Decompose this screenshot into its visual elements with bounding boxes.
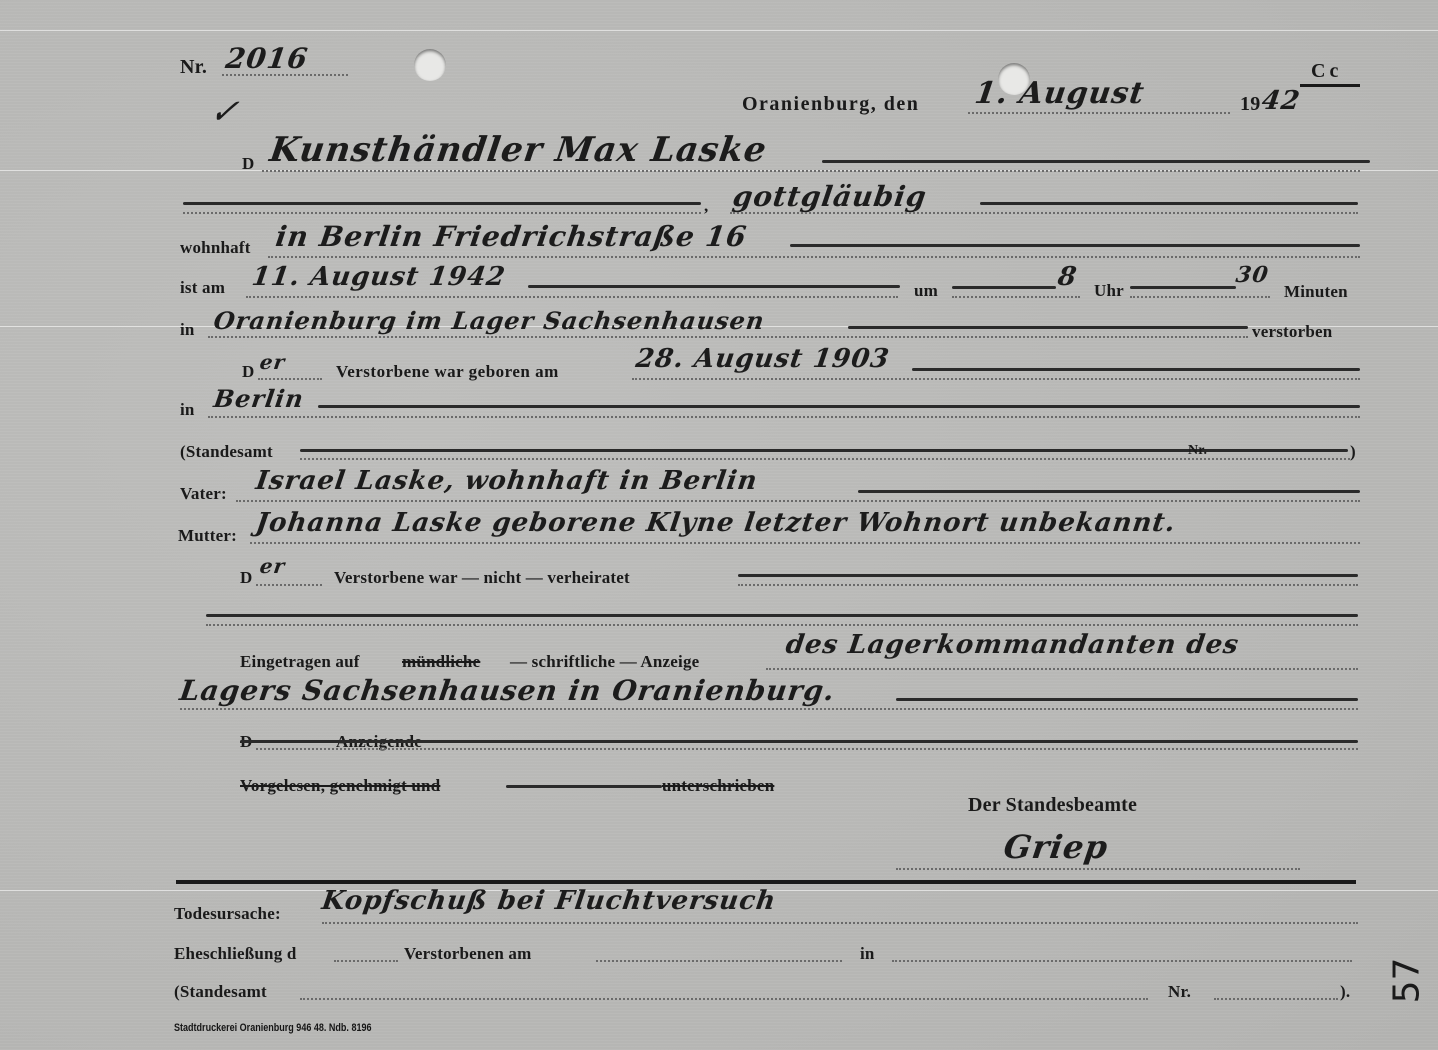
birth-date: 28. August 1903 bbox=[634, 344, 892, 374]
nr-dotted-line bbox=[222, 74, 348, 76]
cause-value: Kopfschuß bei Fluchtversuch bbox=[320, 886, 778, 916]
registration-informant-line1: des Lagerkommandanten des bbox=[784, 630, 1241, 660]
issue-date: 1. August bbox=[973, 76, 1147, 111]
printer-imprint: Stadtdruckerei Oranienburg 946 48. Ndb. … bbox=[174, 1022, 372, 1034]
registration-struck-option: mündliche bbox=[402, 652, 480, 672]
informant-dotted-line bbox=[256, 748, 1358, 750]
residence-fill-dash bbox=[790, 244, 1360, 247]
code-underline bbox=[1300, 84, 1360, 87]
death-record-card: Nr. 2016 ✓ Cc Oranienburg, den 1. August… bbox=[0, 0, 1438, 1050]
section-divider bbox=[176, 880, 1356, 884]
marriage-article-dotted-line bbox=[334, 960, 398, 962]
minute-label: Minuten bbox=[1284, 282, 1348, 302]
birth-registry-nr-label: Nr. bbox=[1188, 443, 1207, 459]
marriage-registry-nr-label: Nr. bbox=[1168, 982, 1191, 1002]
read-approved-label: Vorgelesen, genehmigt und bbox=[240, 776, 440, 796]
form-code: Cc bbox=[1311, 60, 1342, 83]
scan-artifact bbox=[0, 30, 1438, 31]
birth-date-dotted-line bbox=[632, 378, 1360, 380]
minute-fill-dash bbox=[1130, 286, 1236, 289]
read-approved-strike-dash bbox=[506, 785, 662, 788]
residence-dotted-line bbox=[268, 256, 1360, 258]
marriage-registry-label: (Standesamt bbox=[174, 982, 267, 1002]
check-mark: ✓ bbox=[207, 92, 242, 132]
birth-date-fill-dash bbox=[912, 368, 1360, 371]
marital-article: er bbox=[258, 554, 287, 578]
margin-note: 57 bbox=[1386, 958, 1427, 1004]
marriage-registry-close: ). bbox=[1340, 982, 1350, 1002]
registration-fill-dash bbox=[896, 698, 1358, 701]
residence-value: in Berlin Friedrichstraße 16 bbox=[274, 220, 749, 253]
marital-article-dotted-line bbox=[256, 584, 322, 586]
death-date-label: ist am bbox=[180, 278, 225, 298]
blank-line-dotted bbox=[206, 624, 1358, 626]
comma: , bbox=[704, 196, 708, 216]
mother-label: Mutter: bbox=[178, 526, 237, 546]
year-prefix: 19 bbox=[1240, 93, 1260, 116]
death-minute: 30 bbox=[1234, 262, 1270, 288]
person-name: Kunsthändler Max Laske bbox=[267, 130, 769, 170]
hour-label: Uhr bbox=[1094, 281, 1124, 301]
birth-label: Verstorbene war geboren am bbox=[336, 362, 559, 382]
death-date-dotted-line bbox=[246, 296, 898, 298]
father-label: Vater: bbox=[180, 484, 227, 504]
religion: gottgläubig bbox=[731, 180, 929, 213]
birth-article: er bbox=[258, 350, 287, 374]
marital-article-prefix: D bbox=[240, 568, 252, 588]
birth-place-fill-dash bbox=[318, 405, 1360, 408]
registration-dotted-line1 bbox=[766, 668, 1358, 670]
hour-fill-dash bbox=[952, 286, 1056, 289]
birth-place: Berlin bbox=[212, 384, 306, 413]
marital-dotted-line bbox=[738, 584, 1358, 586]
name-dotted-line bbox=[262, 170, 1360, 172]
mother-value: Johanna Laske geborene Klyne letzter Woh… bbox=[254, 508, 1178, 538]
mother-dotted-line bbox=[250, 542, 1360, 544]
line2-dotted-line bbox=[183, 212, 701, 214]
birth-place-dotted-line bbox=[208, 416, 1360, 418]
time-um-label: um bbox=[914, 281, 938, 301]
residence-label: wohnhaft bbox=[180, 238, 251, 258]
registration-label-start: Eingetragen auf bbox=[240, 652, 360, 672]
father-dotted-line bbox=[236, 500, 1360, 502]
marital-label: Verstorbene war — nicht — verheiratet bbox=[334, 568, 630, 588]
marriage-label2: Verstorbenen am bbox=[404, 944, 532, 964]
father-fill-dash bbox=[858, 490, 1360, 493]
death-hour: 8 bbox=[1056, 262, 1079, 292]
place-date-label: Oranienburg, den bbox=[742, 93, 919, 116]
marriage-label: Eheschließung d bbox=[174, 944, 297, 964]
marital-fill-dash bbox=[738, 574, 1358, 577]
registrar-title: Der Standesbeamte bbox=[968, 794, 1137, 817]
death-place-dotted-line bbox=[208, 336, 1248, 338]
hour-dotted-line bbox=[952, 296, 1080, 298]
cause-label: Todesursache: bbox=[174, 904, 281, 924]
birth-article-prefix: D bbox=[242, 362, 254, 382]
death-place-fill-dash bbox=[848, 326, 1248, 329]
person-article-prefix: D bbox=[242, 154, 254, 174]
registration-informant-line2: Lagers Sachsenhausen in Oranienburg. bbox=[178, 674, 838, 707]
birth-registry-close: ) bbox=[1350, 442, 1356, 462]
registrar-signature: Griep bbox=[1001, 828, 1110, 866]
date-dotted-line bbox=[968, 112, 1230, 114]
religion-dotted-line bbox=[730, 212, 1358, 214]
blank-line-fill-dash bbox=[206, 614, 1358, 617]
marriage-registry-dotted-line bbox=[300, 998, 1148, 1000]
year-suffix: 42 bbox=[1260, 86, 1302, 116]
birth-place-label: in bbox=[180, 400, 195, 420]
father-value: Israel Laske, wohnhaft in Berlin bbox=[254, 466, 760, 496]
informant-strike-dash bbox=[240, 740, 1358, 743]
signed-label: unterschrieben bbox=[662, 776, 774, 796]
birth-article-dotted-line bbox=[258, 378, 322, 380]
line2-fill-dash bbox=[183, 202, 701, 205]
registration-dotted-line2 bbox=[180, 708, 1358, 710]
name-fill-dash bbox=[822, 160, 1370, 163]
nr-label: Nr. bbox=[180, 56, 207, 79]
cause-dotted-line bbox=[322, 922, 1358, 924]
registration-label-mid: — schriftliche — Anzeige bbox=[510, 652, 699, 672]
death-verb: verstorben bbox=[1252, 322, 1332, 342]
marriage-place-dotted-line bbox=[892, 960, 1352, 962]
nr-value: 2016 bbox=[224, 42, 311, 75]
death-date-fill-dash bbox=[528, 285, 900, 288]
death-place: Oranienburg im Lager Sachsenhausen bbox=[212, 306, 767, 335]
marriage-date-dotted-line bbox=[596, 960, 842, 962]
death-date: 11. August 1942 bbox=[250, 262, 508, 292]
minute-dotted-line bbox=[1130, 296, 1270, 298]
marriage-in-label: in bbox=[860, 944, 875, 964]
death-place-label: in bbox=[180, 320, 195, 340]
birth-registry-label: (Standesamt bbox=[180, 442, 273, 462]
marriage-nr-dotted-line bbox=[1214, 998, 1338, 1000]
signature-dotted-line bbox=[896, 868, 1300, 870]
punch-hole-left bbox=[414, 49, 446, 81]
religion-fill-dash bbox=[980, 202, 1358, 205]
